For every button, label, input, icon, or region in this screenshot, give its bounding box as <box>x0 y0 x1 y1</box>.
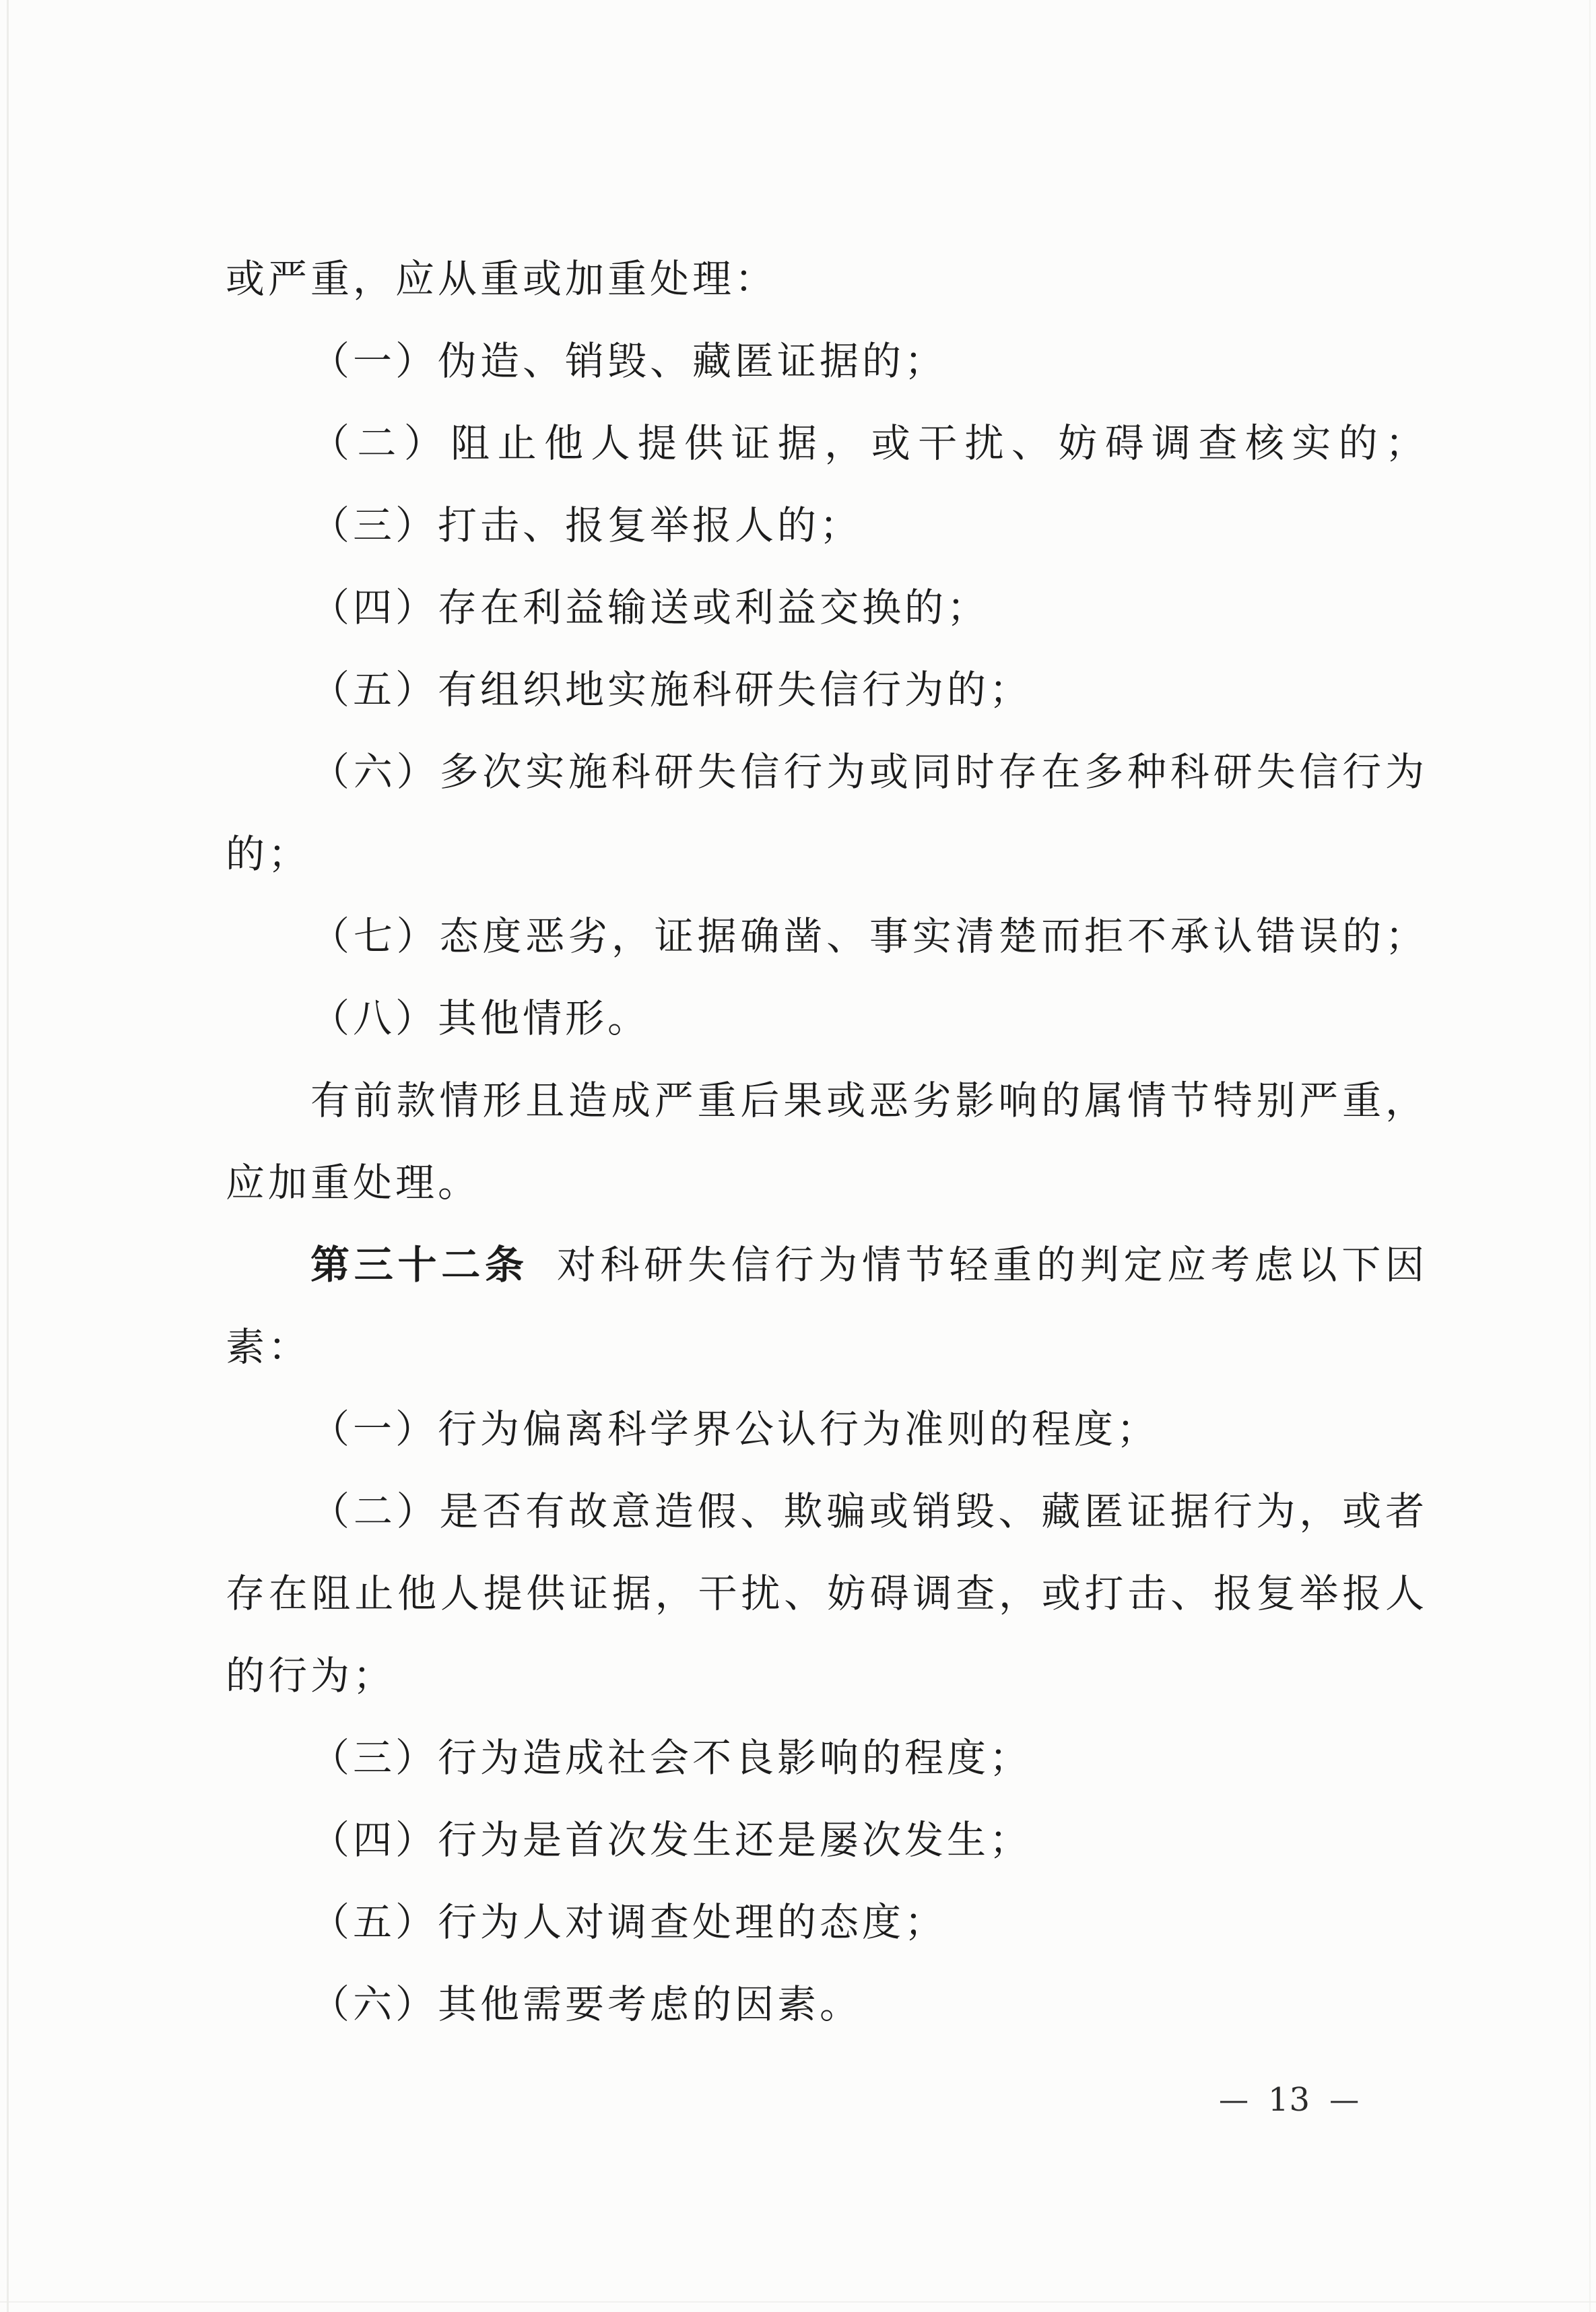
doc-line: （七）态度恶劣，证据确凿、事实清楚而拒不承认错误的； <box>226 895 1428 977</box>
doc-line: （六）其他需要考虑的因素。 <box>226 1963 1428 2045</box>
scan-edge-left <box>7 0 9 2312</box>
page-number: — 13 — <box>1219 2080 1360 2120</box>
doc-line: （六）多次实施科研失信行为或同时存在多种科研失信行为 <box>226 731 1428 813</box>
page-number-dash-left: — <box>1219 2083 1249 2117</box>
doc-line: （一）行为偏离科学界公认行为准则的程度； <box>226 1388 1428 1470</box>
doc-line: 的行为； <box>226 1634 1428 1717</box>
doc-line: 或严重，应从重或加重处理： <box>226 238 1428 320</box>
doc-line: 应加重处理。 <box>226 1142 1428 1224</box>
doc-line: （二）阻止他人提供证据，或干扰、妨碍调查核实的； <box>226 402 1428 484</box>
doc-line: 的； <box>226 813 1428 895</box>
doc-line: （一）伪造、销毁、藏匿证据的； <box>226 320 1428 402</box>
doc-line: （四）行为是首次发生还是屡次发生； <box>226 1799 1428 1881</box>
doc-line: （五）行为人对调查处理的态度； <box>226 1881 1428 1963</box>
page-number-value: 13 <box>1268 2081 1310 2119</box>
doc-line: （八）其他情形。 <box>226 977 1428 1059</box>
doc-line: （三）行为造成社会不良影响的程度； <box>226 1717 1428 1799</box>
doc-line: （五）有组织地实施科研失信行为的； <box>226 649 1428 731</box>
doc-line-article: 第三十二条对科研失信行为情节轻重的判定应考虑以下因 <box>226 1224 1428 1306</box>
doc-line: 存在阻止他人提供证据，干扰、妨碍调查，或打击、报复举报人 <box>226 1552 1428 1634</box>
document-page: 或严重，应从重或加重处理： （一）伪造、销毁、藏匿证据的； （二）阻止他人提供证… <box>0 0 1596 2312</box>
doc-line: （四）存在利益输送或利益交换的； <box>226 566 1428 649</box>
scan-edge-right <box>1589 0 1591 2312</box>
doc-line: 有前款情形且造成严重后果或恶劣影响的属情节特别严重， <box>226 1059 1428 1142</box>
document-body: 或严重，应从重或加重处理： （一）伪造、销毁、藏匿证据的； （二）阻止他人提供证… <box>226 238 1428 2045</box>
page-number-dash-right: — <box>1329 2083 1360 2117</box>
article-text: 对科研失信行为情节轻重的判定应考虑以下因 <box>557 1242 1428 1288</box>
doc-line: （二）是否有故意造假、欺骗或销毁、藏匿证据行为，或者 <box>226 1470 1428 1552</box>
doc-line: （三）打击、报复举报人的； <box>226 484 1428 566</box>
article-number: 第三十二条 <box>310 1242 529 1288</box>
doc-line: 素： <box>226 1306 1428 1388</box>
scan-edge-bottom <box>0 2301 1596 2303</box>
